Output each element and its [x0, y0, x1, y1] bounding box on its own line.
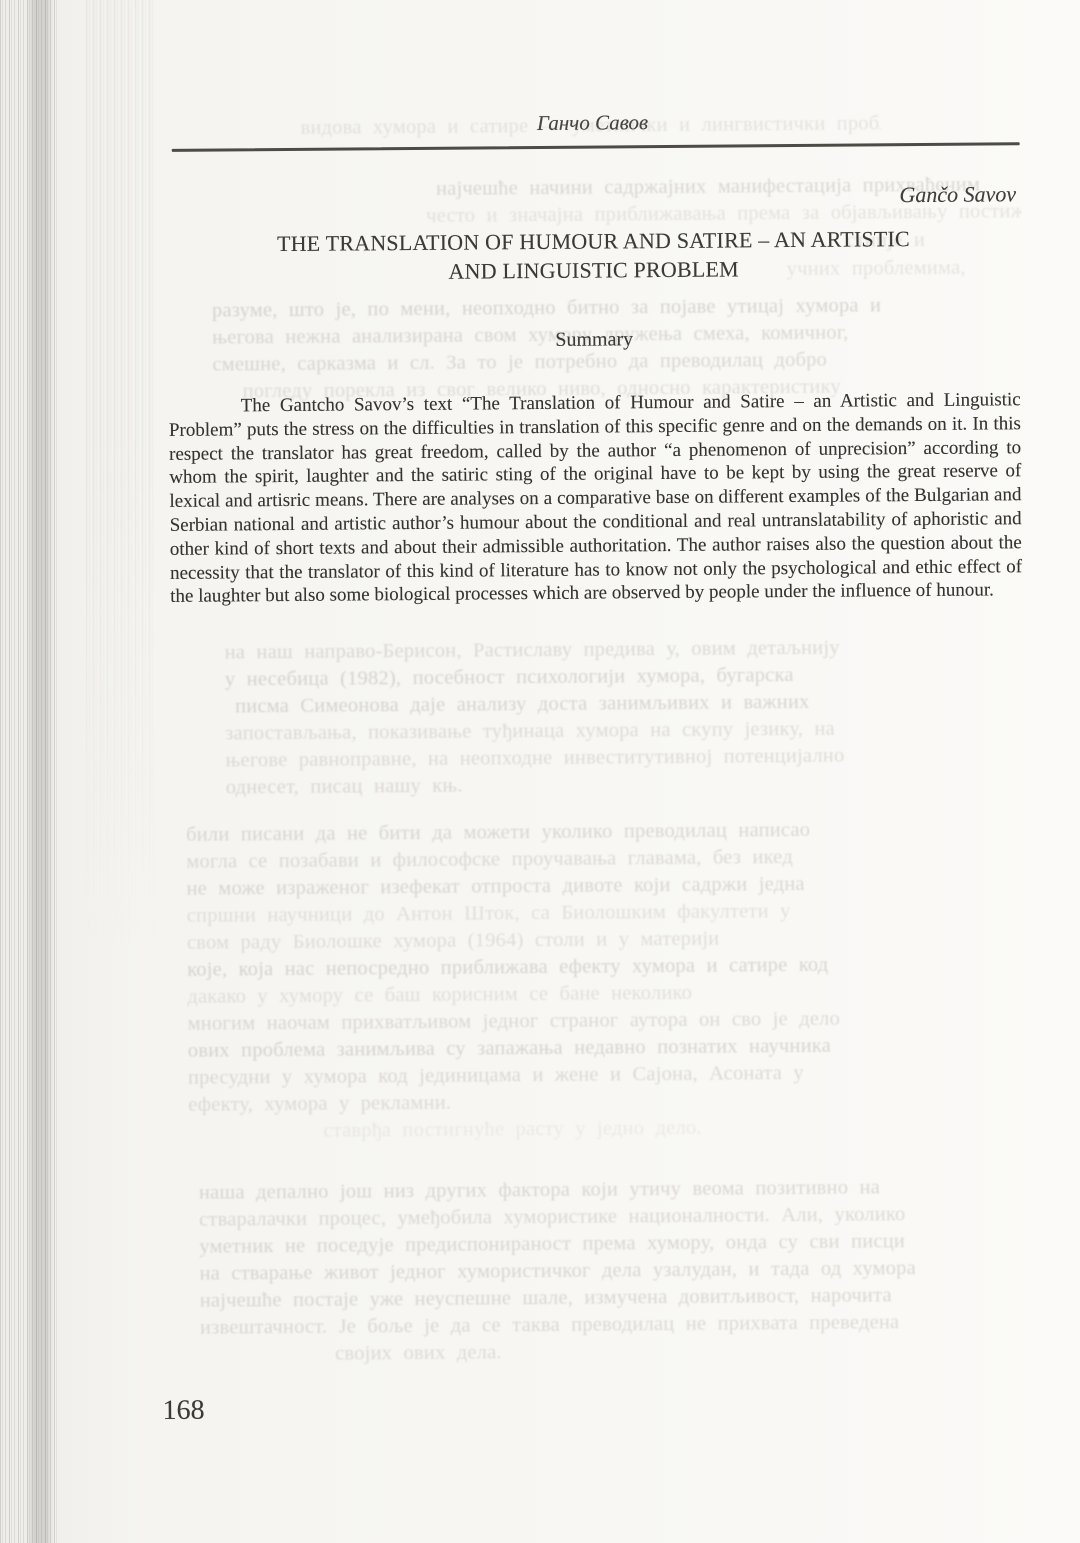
- bleedthrough-line: наша депално још низ других фактора који…: [199, 1175, 880, 1204]
- bleedthrough-line: ових проблема занимљива су запажања неда…: [188, 1034, 831, 1063]
- header-rule: [172, 142, 1020, 152]
- bleedthrough-line: многим наочам прихватљивом једног страно…: [187, 1007, 840, 1036]
- bleedthrough-line: извештачност. Је боље је да се таква пре…: [200, 1310, 900, 1339]
- bleedthrough-line: писма Симеонова даје анализу доста заним…: [235, 690, 810, 719]
- bleedthrough-line: ефекту, хумора у рекламни.: [188, 1091, 451, 1117]
- bleedthrough-line: у несебица (1982), посебност психологији…: [225, 663, 794, 691]
- bleedthrough-layer: видова хумора и сатире — уметнички и лин…: [0, 0, 1075, 4]
- summary-paragraph: The Gantcho Savov’s text “The Translatio…: [169, 388, 1023, 609]
- bleedthrough-line: најчешће постаје уже неуспешне шале, изм…: [200, 1283, 892, 1312]
- scan-content: видова хумора и сатире — уметнички и лин…: [0, 0, 1080, 1543]
- bleedthrough-line: однесет, писац нашу књ.: [226, 774, 463, 800]
- bleedthrough-line: запостављања, показивање туђинаца хумора…: [225, 717, 835, 746]
- bleedthrough-line: својих ових дела.: [335, 1340, 502, 1365]
- bleedthrough-line: на наш направо-Берисон, Растиславу преди…: [225, 636, 840, 665]
- bleedthrough-line: уметник не поседује предиспонираност пре…: [199, 1229, 905, 1259]
- bleedthrough-line: његове равноправне, на неопходне инвести…: [225, 744, 844, 773]
- article-title: THE TRANSLATION OF HUMOUR AND SATIRE – A…: [167, 223, 1019, 288]
- bleedthrough-line: могла се позабави и философске проучавањ…: [186, 845, 793, 874]
- bleedthrough-line: стваралачки процес, умеђобила хумористик…: [199, 1202, 906, 1232]
- bleedthrough-line: били писани да не бити да можети уколико…: [186, 818, 810, 847]
- bleedthrough-line: свом раду Биолошке хумора (1964) столи и…: [187, 927, 720, 955]
- page-number: 168: [162, 1395, 204, 1427]
- bleedthrough-line: ставрђа постигнуће расту у једно дело.: [323, 1116, 701, 1143]
- scanned-book-page: видова хумора и сатире — уметнички и лин…: [0, 0, 1080, 1543]
- bleedthrough-line: не може израженог изефекат отпроста диво…: [186, 872, 804, 901]
- running-header: Ганчо Савов: [166, 107, 1018, 139]
- bleedthrough-line: на стварање живот једног хумористичког д…: [199, 1256, 916, 1286]
- bleedthrough-line: спршни научници до Антон Шток, са Биолош…: [187, 899, 791, 928]
- bleedthrough-line: разуме, што је, по мени, неопходно битно…: [212, 293, 881, 322]
- bleedthrough-line: дакако у хумору се баш корисним се бане …: [187, 981, 692, 1009]
- bleedthrough-line: пресудни у хумора код јединицама и жене …: [188, 1061, 804, 1090]
- bleedthrough-line: које, која нас непосредно приближава ефе…: [187, 953, 828, 982]
